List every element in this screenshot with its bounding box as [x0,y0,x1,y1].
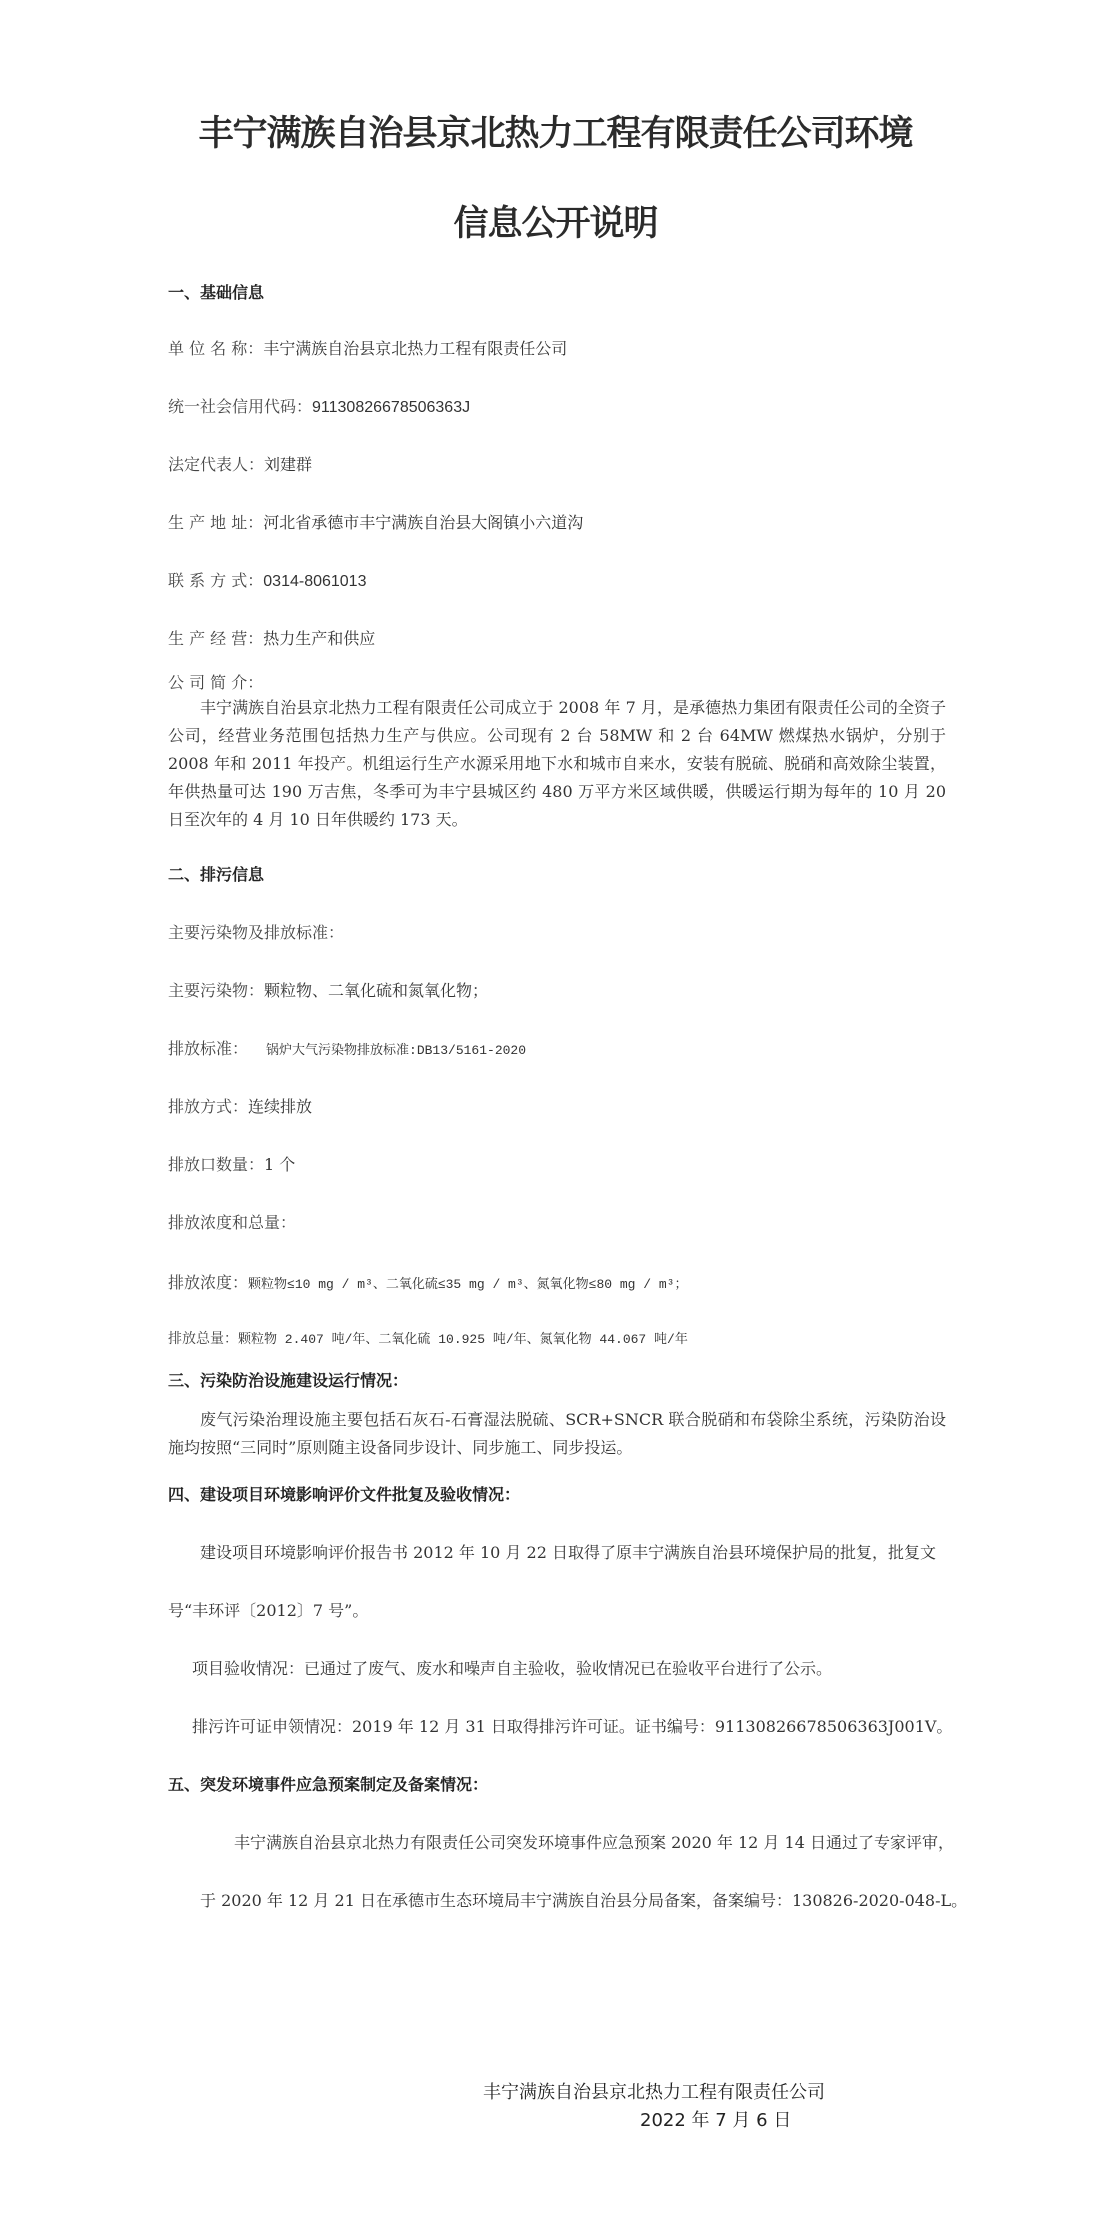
business-value: 热力生产和供应 [263,629,375,648]
concentration-label: 排放浓度： [168,1273,248,1292]
section4-heading: 四、建设项目环境影响评价文件批复及验收情况： [168,1482,520,1505]
section3-paragraph: 废气污染治理设施主要包括石灰石-石膏湿法脱硫、SCR+SNCR 联合脱硝和布袋除… [168,1406,946,1462]
standard-row: 排放标准：锅炉大气污染物排放标准:DB13/5161-2020 [168,1036,526,1059]
total-label: 排放总量： [168,1331,238,1347]
outlets-label: 排放口数量： [168,1155,264,1174]
standard-value: 锅炉大气污染物排放标准:DB13/5161-2020 [266,1043,526,1058]
contact-row: 联 系 方 式：0314-8061013 [168,568,366,591]
address-value: 河北省承德市丰宁满族自治县大阁镇小六道沟 [263,513,583,532]
conc-total-label: 排放浓度和总量： [168,1210,296,1233]
credit-code-label: 统一社会信用代码： [168,397,312,416]
concentration-row: 排放浓度：颗粒物≤10 mg / m³、二氧化硫≤35 mg / m³、氮氧化物… [168,1270,687,1293]
section3-heading: 三、污染防治设施建设运行情况： [168,1368,408,1391]
business-row: 生 产 经 营：热力生产和供应 [168,626,375,649]
section5-line2: 于 2020 年 12 月 21 日在承德市生态环境局丰宁满族自治县分局备案，备… [200,1888,967,1911]
signature-date: 2022 年 7 月 6 日 [640,2106,791,2132]
acceptance-line: 项目验收情况：已通过了废气、废水和噪声自主验收，验收情况已在验收平台进行了公示。 [192,1656,832,1679]
section1-heading: 一、基础信息 [168,280,264,303]
method-row: 排放方式：连续排放 [168,1094,312,1117]
legal-rep-row: 法定代表人：刘建群 [168,452,312,475]
section2-heading: 二、排污信息 [168,862,264,885]
pollutants-standard-label: 主要污染物及排放标准： [168,920,344,943]
concentration-value: 颗粒物≤10 mg / m³、二氧化硫≤35 mg / m³、氮氧化物≤80 m… [248,1277,687,1292]
address-label: 生 产 地 址： [168,513,263,532]
permit-line: 排污许可证申领情况：2019 年 12 月 31 日取得排污许可证。证书编号：9… [192,1714,952,1737]
total-row: 排放总量：颗粒物 2.407 吨/年、二氧化硫 10.925 吨/年、氮氧化物 … [168,1328,688,1348]
eia-line2: 号“丰环评〔2012〕7 号”。 [168,1598,368,1621]
eia-line1: 建设项目环境影响评价报告书 2012 年 10 月 22 日取得了原丰宁满族自治… [200,1540,936,1563]
legal-rep-value: 刘建群 [264,455,312,474]
credit-code-row: 统一社会信用代码：91130826678506363J [168,394,470,417]
unit-name-row: 单 位 名 称：丰宁满族自治县京北热力工程有限责任公司 [168,336,567,359]
main-pollutants-row: 主要污染物：颗粒物、二氧化硫和氮氧化物； [168,978,488,1001]
outlets-value: 1 个 [264,1155,295,1174]
business-label: 生 产 经 营： [168,629,263,648]
contact-label: 联 系 方 式： [168,571,263,590]
contact-value: 0314-8061013 [263,573,366,590]
section5-heading: 五、突发环境事件应急预案制定及备案情况： [168,1772,488,1795]
total-value: 颗粒物 2.407 吨/年、二氧化硫 10.925 吨/年、氮氧化物 44.06… [238,1332,688,1347]
main-pollutants-label: 主要污染物： [168,981,264,1000]
page-title-line1: 丰宁满族自治县京北热力工程有限责任公司环境 [0,106,1111,156]
main-pollutants-value: 颗粒物、二氧化硫和氮氧化物； [264,981,488,1000]
outlets-row: 排放口数量：1 个 [168,1152,295,1175]
credit-code-value: 91130826678506363J [312,399,470,416]
signature-company: 丰宁满族自治县京北热力工程有限责任公司 [483,2078,825,2104]
intro-paragraph: 丰宁满族自治县京北热力工程有限责任公司成立于 2008 年 7 月，是承德热力集… [168,694,946,834]
section5-line1: 丰宁满族自治县京北热力有限责任公司突发环境事件应急预案 2020 年 12 月 … [234,1830,954,1853]
method-value: 连续排放 [248,1097,312,1116]
unit-name-label: 单 位 名 称： [168,339,263,358]
standard-label: 排放标准： [168,1039,248,1058]
address-row: 生 产 地 址：河北省承德市丰宁满族自治县大阁镇小六道沟 [168,510,583,533]
unit-name-value: 丰宁满族自治县京北热力工程有限责任公司 [263,339,567,358]
method-label: 排放方式： [168,1097,248,1116]
legal-rep-label: 法定代表人： [168,455,264,474]
page-title-line2: 信息公开说明 [0,196,1111,246]
intro-label: 公 司 简 介： [168,670,263,693]
